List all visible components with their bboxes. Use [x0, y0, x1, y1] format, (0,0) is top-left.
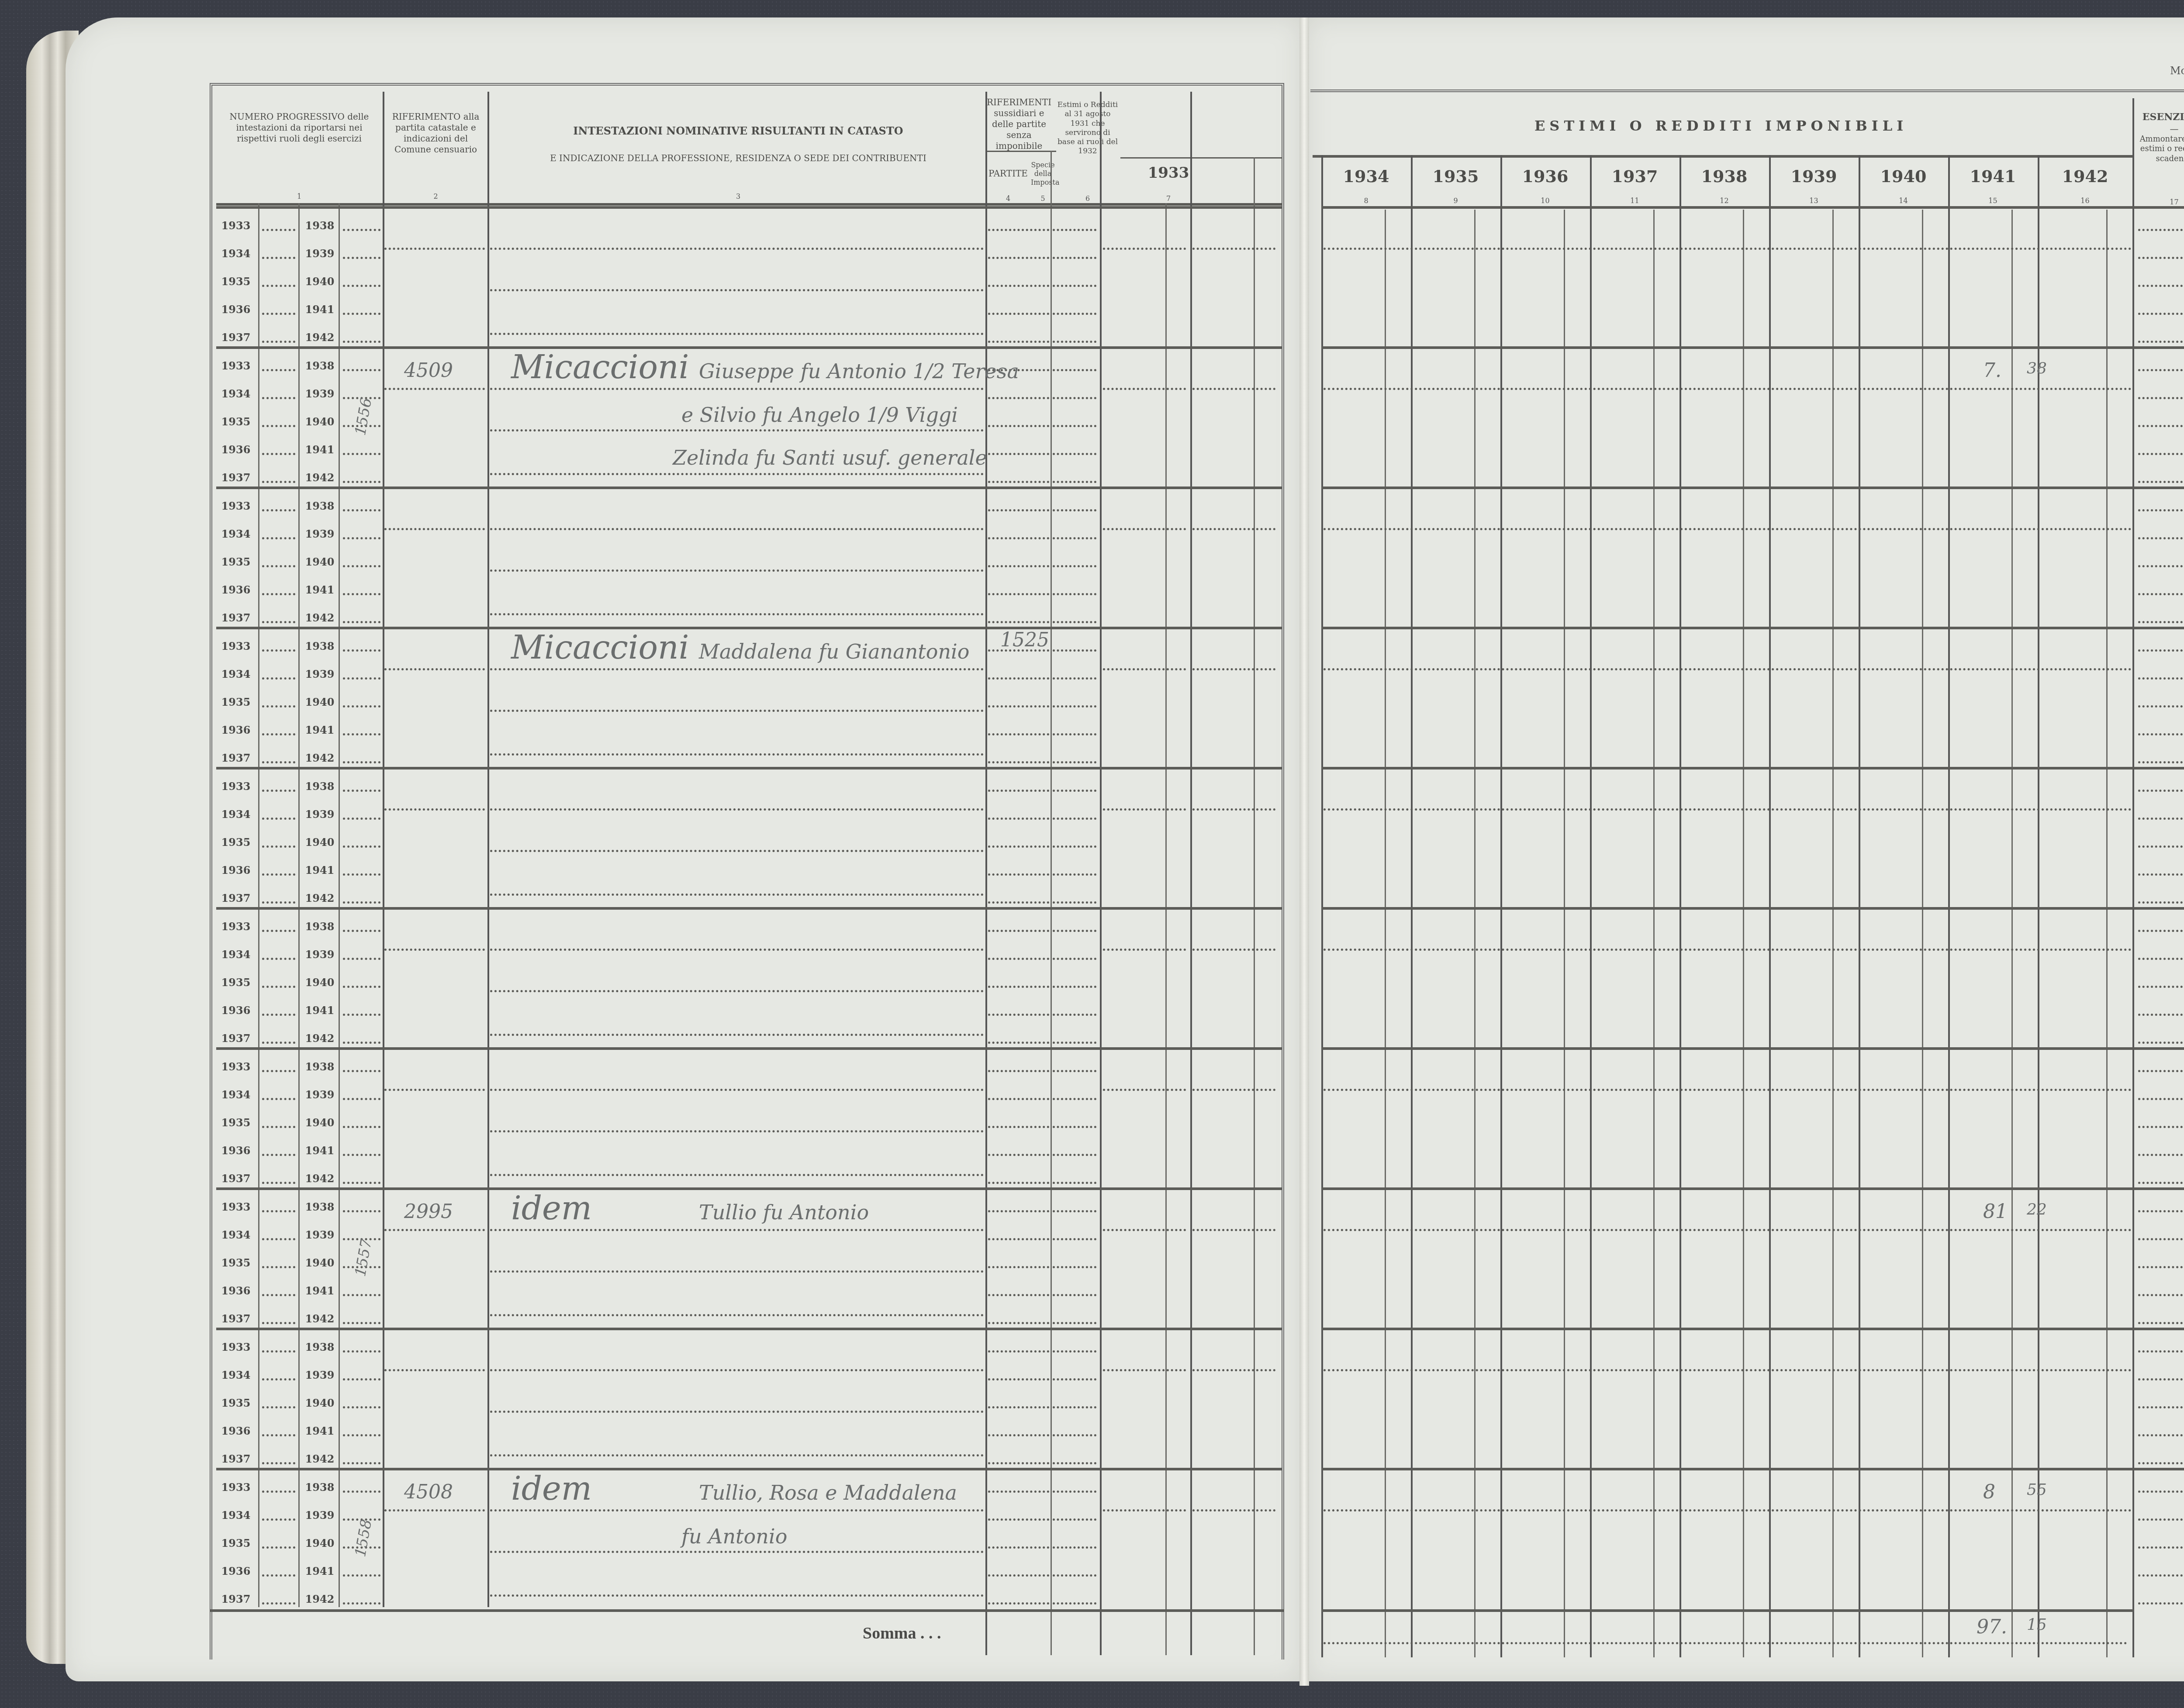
specie-dots [1053, 1154, 1096, 1156]
esenzioni-dots [2138, 1491, 2184, 1493]
year-label-b: 1942 [304, 1312, 335, 1325]
year-dots [343, 313, 380, 315]
year-label-b: 1938 [304, 500, 335, 512]
year-label-a: 1937 [221, 1172, 251, 1185]
partita-number: 4509 [404, 359, 453, 382]
specie-dots [1053, 1238, 1096, 1240]
specie-dots [1053, 649, 1096, 652]
partite-dots [988, 453, 1049, 455]
year-dots [343, 1070, 380, 1072]
col1-header: NUMERO PROGRESSIVO delle intestazioni da… [216, 111, 382, 144]
year-label-b: 1938 [304, 219, 335, 232]
year-dots [262, 537, 295, 539]
year-label-b: 1942 [304, 1032, 335, 1045]
year-label-b: 1942 [304, 892, 335, 904]
year-dots [262, 1294, 295, 1296]
year-label-a: 1937 [221, 611, 251, 624]
vline [1859, 155, 1860, 1657]
year-label-a: 1935 [221, 1537, 251, 1549]
name-line [490, 1174, 984, 1176]
esenzioni-dots [2138, 257, 2184, 259]
year-dots [343, 1014, 380, 1016]
specie-dots [1053, 621, 1096, 623]
esenzioni-dots [2138, 1322, 2184, 1324]
esenzioni-dots [2138, 453, 2184, 455]
year-header-1939: 1939 [1769, 166, 1859, 187]
year-label-a: 1933 [221, 640, 251, 652]
name-line [490, 1551, 984, 1553]
estimi-line [1103, 1229, 1186, 1231]
partite-dots [988, 1098, 1049, 1100]
row-separator [216, 1468, 1282, 1470]
year-label-a: 1936 [221, 1425, 251, 1437]
year-1933-line [1192, 388, 1275, 390]
row-separator [1321, 1187, 2184, 1190]
year-label-b: 1941 [304, 303, 335, 316]
specie-dots [1053, 1378, 1096, 1380]
year-header-1936: 1936 [1500, 166, 1590, 187]
year-label-a: 1935 [221, 976, 251, 989]
year-dots [262, 790, 295, 792]
esenzioni-dots [2138, 1294, 2184, 1296]
esenzioni-dots [2138, 818, 2184, 820]
specie-dots [1053, 1014, 1096, 1016]
year-dots [343, 677, 380, 680]
year-label-b: 1939 [304, 808, 335, 821]
esenzioni-dots [2138, 593, 2184, 595]
vline [1743, 210, 1744, 1657]
esenzioni-label: Ammontare degli estimi o redditi e scade… [2136, 135, 2184, 164]
year-dots [343, 873, 380, 876]
year-label-b: 1938 [304, 1481, 335, 1494]
year-dots [343, 565, 380, 567]
year-dots [343, 1350, 380, 1353]
amount-line [1324, 949, 2132, 951]
partite-dots [988, 1378, 1049, 1380]
year-dots [343, 958, 380, 960]
esenzioni-dots [2138, 1238, 2184, 1240]
year-label-b: 1941 [304, 1284, 335, 1297]
specie-dots [1053, 1350, 1096, 1353]
vline [1832, 210, 1834, 1657]
year-dots [262, 677, 295, 680]
year-dots [343, 986, 380, 988]
year-dots [262, 341, 295, 343]
partite-dots [988, 873, 1049, 876]
year-label-a: 1934 [221, 808, 251, 821]
year-dots [262, 1154, 295, 1156]
year-dots [343, 1602, 380, 1604]
year-label-a: 1934 [221, 1509, 251, 1522]
year-dots [262, 1518, 295, 1521]
col15-number: 15 [1948, 197, 2038, 205]
specie-dots [1053, 1126, 1096, 1128]
amount-1941-lire: 81 [1983, 1201, 2008, 1223]
year-dots [262, 1434, 295, 1436]
amount-line [1324, 1089, 2132, 1091]
esenzioni-dots [2138, 1210, 2184, 1212]
vline [1165, 203, 1167, 1655]
year-1933-line [1192, 1089, 1275, 1091]
partite-dots [988, 537, 1049, 539]
vline [2038, 155, 2039, 1657]
name-line-1: Giuseppe fu Antonio 1/2 Teresa [699, 359, 1019, 383]
year-label-a: 1936 [221, 583, 251, 596]
total-1941-cent: 15 [2027, 1616, 2047, 1634]
year-label-a: 1935 [221, 556, 251, 568]
specie-dots [1053, 369, 1096, 371]
year-header-1937: 1937 [1590, 166, 1679, 187]
year-label-a: 1937 [221, 892, 251, 904]
year-dots [262, 1014, 295, 1016]
year-label-b: 1941 [304, 724, 335, 736]
name-line [490, 1034, 984, 1036]
amount-line [1324, 1229, 2132, 1231]
name-line [490, 808, 984, 811]
specie-dots [1053, 1070, 1096, 1072]
year-label-a: 1937 [221, 1453, 251, 1465]
specie-dots [1053, 930, 1096, 932]
vline [1474, 210, 1476, 1657]
partite-dots [988, 1210, 1049, 1212]
year-dots [343, 1210, 380, 1212]
year-dots [262, 257, 295, 259]
name-line-1: Maddalena fu Gianantonio [699, 640, 970, 663]
name-line [490, 1089, 984, 1091]
specie-dots [1053, 958, 1096, 960]
vline [1385, 210, 1386, 1657]
year-label-b: 1942 [304, 1172, 335, 1185]
year-dots [343, 257, 380, 259]
year-dots [262, 649, 295, 652]
name-line-3: Zelinda fu Santi usuf. generale [673, 446, 987, 469]
year-header-1935: 1935 [1411, 166, 1500, 187]
year-label-a: 1933 [221, 500, 251, 512]
year-label-b: 1940 [304, 976, 335, 989]
name-line-1: Tullio fu Antonio [699, 1201, 869, 1224]
specie-dots [1053, 397, 1096, 399]
esenzioni-dots [2138, 341, 2184, 343]
specie-dots [1053, 1574, 1096, 1577]
esenzioni-dots [2138, 677, 2184, 680]
year-label-a: 1934 [221, 1088, 251, 1101]
partite-dots [988, 1350, 1049, 1353]
year-label-a: 1934 [221, 528, 251, 540]
esenzioni-dots [2138, 1518, 2184, 1521]
name-line-1: Tullio, Rosa e Maddalena [699, 1481, 957, 1504]
year-label-b: 1940 [304, 1116, 335, 1129]
year-label-b: 1938 [304, 1201, 335, 1213]
year-dots [343, 285, 380, 287]
partite-dots [988, 677, 1049, 680]
specie-dots [1053, 705, 1096, 707]
col4-header: PARTITE [986, 168, 1030, 179]
specie-dots [1053, 509, 1096, 511]
esenzioni-dots [2138, 790, 2184, 792]
year-label-a: 1936 [221, 1284, 251, 1297]
esenzioni-dots [2138, 425, 2184, 427]
specie-dots [1053, 873, 1096, 876]
esenzioni-dots [2138, 873, 2184, 876]
partite-dots [988, 1546, 1049, 1549]
year-label-a: 1934 [221, 247, 251, 260]
name-line [490, 333, 984, 335]
name-line [490, 949, 984, 951]
col4-number: 4 [986, 194, 1030, 203]
year-dots [262, 1070, 295, 1072]
year-label-b: 1942 [304, 1453, 335, 1465]
specie-dots [1053, 229, 1096, 231]
specie-dots [1053, 593, 1096, 595]
partita-line [384, 248, 485, 250]
year-1933-line [1192, 1369, 1275, 1371]
partite-dots [988, 1294, 1049, 1296]
esenzioni-dots [2138, 1546, 2184, 1549]
name-line [490, 528, 984, 530]
partita-number: 2995 [404, 1201, 453, 1223]
year-dots [343, 761, 380, 763]
amount-line [1324, 528, 2132, 530]
year-label-b: 1938 [304, 640, 335, 652]
year-label-b: 1938 [304, 1341, 335, 1353]
year-dots [262, 1042, 295, 1044]
partite-dots [988, 1434, 1049, 1436]
right-footer-rule [1321, 1609, 2134, 1612]
partite-dots [988, 958, 1049, 960]
partita-line [384, 1509, 485, 1511]
year-label-b: 1940 [304, 275, 335, 288]
year-dots [343, 1098, 380, 1100]
year-1933-line [1192, 1509, 1275, 1511]
specie-dots [1053, 986, 1096, 988]
esenzioni-dots [2138, 845, 2184, 848]
partita-line [384, 808, 485, 811]
year-label-b: 1941 [304, 443, 335, 456]
col2-header: RIFERIMENTO alla partita catastale e ind… [384, 111, 487, 155]
row-separator [1321, 767, 2184, 769]
year-header-1938: 1938 [1679, 166, 1769, 187]
estimi-line [1103, 1369, 1186, 1371]
year-dots [343, 621, 380, 623]
specie-dots [1053, 1266, 1096, 1268]
year-dots [343, 733, 380, 735]
vline [487, 92, 489, 1607]
year-header-1940: 1940 [1859, 166, 1948, 187]
esenzioni-dots [2138, 1070, 2184, 1072]
esenzioni-dots [2138, 1098, 2184, 1100]
year-dots [262, 1098, 295, 1100]
specie-dots [1053, 1406, 1096, 1408]
specie-dots [1053, 1518, 1096, 1521]
name-line [490, 429, 984, 431]
specie-dots [1053, 313, 1096, 315]
partite-dots [988, 1238, 1049, 1240]
year-label-a: 1933 [221, 219, 251, 232]
year-dots [343, 845, 380, 848]
year-header-1941: 1941 [1948, 166, 2038, 187]
vline [1051, 151, 1052, 1655]
esenzioni-dots [2138, 481, 2184, 483]
year-label-a: 1936 [221, 724, 251, 736]
name-line [490, 248, 984, 250]
specie-dots [1053, 1462, 1096, 1464]
partite-dots [988, 397, 1049, 399]
year-dots [262, 958, 295, 960]
specie-dots [1053, 1042, 1096, 1044]
estimi-line [1103, 808, 1186, 811]
year-label-a: 1933 [221, 1060, 251, 1073]
vline [1190, 92, 1192, 1655]
name-line [490, 753, 984, 756]
partite-dots [988, 1042, 1049, 1044]
specie-dots [1053, 790, 1096, 792]
year-1933-line [1192, 808, 1275, 811]
year-label-b: 1939 [304, 387, 335, 400]
surname: idem [511, 1470, 592, 1508]
esenzioni-title: ESENZIONI [2136, 111, 2184, 124]
specie-dots [1053, 1602, 1096, 1604]
year-label-a: 1933 [221, 1341, 251, 1353]
year-label-b: 1940 [304, 696, 335, 708]
amount-line [1324, 1369, 2132, 1371]
specie-dots [1053, 733, 1096, 735]
partita-line [384, 388, 485, 390]
year-label-a: 1937 [221, 331, 251, 344]
book-gutter [1299, 17, 1309, 1686]
year-label-a: 1936 [221, 303, 251, 316]
year-label-a: 1935 [221, 1256, 251, 1269]
year-dots [262, 453, 295, 455]
year-label-b: 1938 [304, 780, 335, 793]
partite-value: 1525 [1000, 629, 1049, 651]
estimi-line [1103, 528, 1186, 530]
year-dots [262, 425, 295, 427]
year-label-a: 1936 [221, 864, 251, 876]
year-dots [343, 1322, 380, 1324]
esenzioni-dots [2138, 1014, 2184, 1016]
vline [1100, 92, 1102, 1655]
amount-1941-cent: 38 [2027, 359, 2047, 377]
year-dots [343, 818, 380, 820]
name-line [490, 569, 984, 572]
partita-line [384, 949, 485, 951]
vline [1411, 155, 1413, 1657]
year-dots [262, 930, 295, 932]
vline [1564, 210, 1565, 1657]
year-dots [343, 1182, 380, 1184]
partite-dots [988, 1574, 1049, 1577]
amount-1941-lire: 8 [1983, 1481, 1995, 1503]
name-line [490, 1130, 984, 1132]
esenzioni-dots [2138, 958, 2184, 960]
year-label-b: 1939 [304, 528, 335, 540]
esenzioni-dots [2138, 1434, 2184, 1436]
year-label-b: 1942 [304, 471, 335, 484]
col1-header-text: NUMERO PROGRESSIVO delle intestazioni da… [230, 111, 369, 144]
esenzioni-dots [2138, 649, 2184, 652]
year-dots [343, 537, 380, 539]
year-label-b: 1939 [304, 668, 335, 680]
row-separator [1321, 346, 2184, 349]
year-label-b: 1940 [304, 556, 335, 568]
partite-dots [988, 285, 1049, 287]
specie-dots [1053, 1182, 1096, 1184]
row-separator [1321, 627, 2184, 629]
esenzioni-dash: — [2136, 124, 2184, 135]
partita-number: 4508 [404, 1481, 453, 1503]
year-1933-line [1192, 248, 1275, 250]
partite-dots [988, 565, 1049, 567]
year-dots [262, 313, 295, 315]
partite-dots [988, 425, 1049, 427]
specie-dots [1053, 901, 1096, 904]
partita-line [384, 528, 485, 530]
partite-dots [988, 1462, 1049, 1464]
year-dots [343, 790, 380, 792]
esenzioni-dots [2138, 229, 2184, 231]
esenzioni-dots [2138, 313, 2184, 315]
amount-1941-lire: 7. [1983, 359, 2001, 382]
name-line [490, 1454, 984, 1456]
amount-line [1324, 248, 2132, 250]
specie-dots [1053, 1434, 1096, 1436]
estimi-line [1103, 949, 1186, 951]
partite-dots [988, 621, 1049, 623]
left-footer-rule [210, 1609, 1284, 1612]
col2-number: 2 [384, 192, 487, 200]
esenzioni-dots [2138, 1602, 2184, 1604]
year-label-a: 1935 [221, 415, 251, 428]
esenzioni-dots [2138, 397, 2184, 399]
year-label-a: 1935 [221, 1116, 251, 1129]
year-label-b: 1939 [304, 1509, 335, 1522]
year-1933-line [1192, 949, 1275, 951]
year-label-a: 1936 [221, 1004, 251, 1017]
year-label-b: 1942 [304, 752, 335, 764]
year-dots [343, 1378, 380, 1380]
year-dots [343, 705, 380, 707]
right-table-frame [1310, 90, 2184, 1662]
name-line [490, 1314, 984, 1316]
col3-subheader: E INDICAZIONE DELLA PROFESSIONE, RESIDEN… [489, 153, 987, 164]
col12-number: 12 [1679, 197, 1769, 205]
year-label-a: 1934 [221, 668, 251, 680]
col3-header: INTESTAZIONI NOMINATIVE RISULTANTI IN CA… [489, 124, 987, 138]
partite-dots [988, 481, 1049, 483]
year-header-1934: 1934 [1321, 166, 1411, 187]
esenzioni-dots [2138, 733, 2184, 735]
esenzioni-dots [2138, 285, 2184, 287]
name-line [490, 1229, 984, 1231]
year-label-a: 1937 [221, 752, 251, 764]
year-dots [262, 1350, 295, 1353]
col16-number: 16 [2038, 197, 2132, 205]
specie-dots [1053, 481, 1096, 483]
partite-dots [988, 1406, 1049, 1408]
vline [1769, 155, 1771, 1657]
row-separator [216, 1328, 1282, 1330]
surname: Micaccioni [511, 349, 689, 386]
left-table-frame [210, 83, 1284, 1660]
year-dots [343, 1462, 380, 1464]
year-label-a: 1933 [221, 359, 251, 372]
col6-header: Estimi o Redditi al 31 agosto 1931 che s… [1057, 100, 1118, 156]
year-label-a: 1935 [221, 836, 251, 849]
year-label-b: 1940 [304, 415, 335, 428]
partite-dots [988, 761, 1049, 763]
esenzioni-dots [2138, 1182, 2184, 1184]
year-dots [343, 593, 380, 595]
